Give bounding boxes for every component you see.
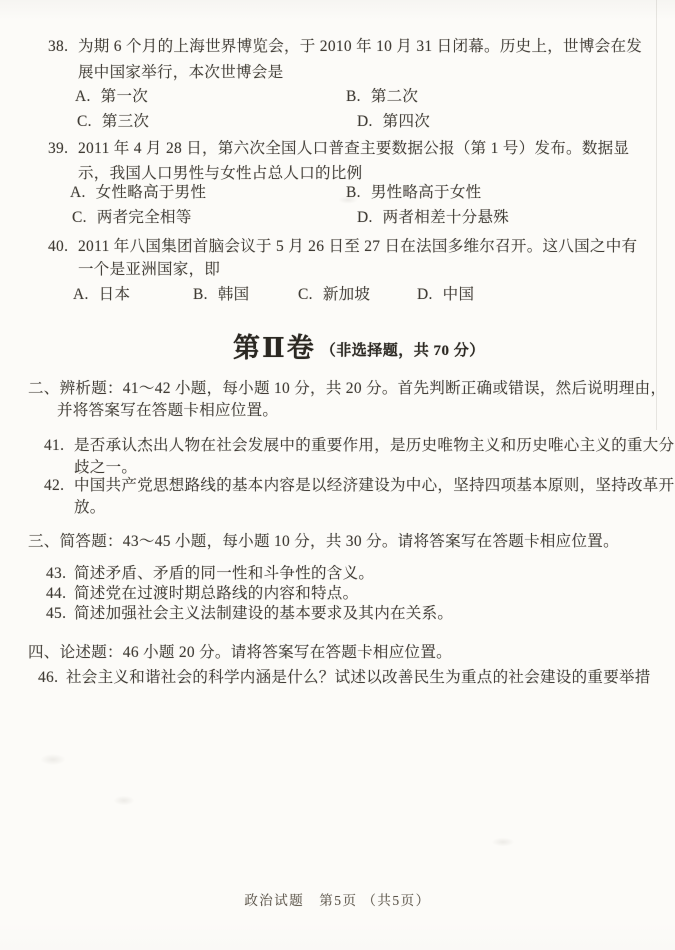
option-label: A. xyxy=(70,184,86,201)
question-42-text-line-2: 放。 xyxy=(74,498,106,518)
scan-smudge xyxy=(110,794,138,807)
option-text: 日本 xyxy=(99,286,131,303)
scan-smudge xyxy=(335,195,361,205)
question-46-text: 社会主义和谐社会的科学内涵是什么？试述以改善民生为重点的社会建设的重要举措 xyxy=(66,668,651,688)
exam-paper-page: 38. 为期 6 个月的上海世界博览会，于 2010 年 10 月 31 日闭幕… xyxy=(0,0,675,950)
question-40-option-b: B.韩国 xyxy=(193,285,249,305)
question-46-number: 46. xyxy=(38,668,58,688)
part-two-header: 第Ⅱ卷（非选择题，共 70 分） xyxy=(233,326,485,365)
question-39-option-c: C.两者完全相等 xyxy=(72,208,192,228)
question-40-option-c: C.新加坡 xyxy=(298,285,370,305)
question-39-option-b: B.男性略高于女性 xyxy=(346,183,481,203)
option-text: 中国 xyxy=(443,286,475,303)
option-text: 第四次 xyxy=(383,113,430,130)
question-41-number: 41. xyxy=(44,436,64,456)
option-text: 第二次 xyxy=(371,88,418,105)
section-jianda-heading: 三、简答题：43～45 小题，每小题 10 分，共 30 分。请将答案写在答题卡… xyxy=(28,532,619,552)
question-38-option-c: C.第三次 xyxy=(77,112,149,132)
option-text: 男性略高于女性 xyxy=(371,184,482,201)
scan-smudge xyxy=(488,836,518,848)
section-bianxi-heading-line-1: 二、辨析题：41～42 小题，每小题 10 分，共 20 分。首先判断正确或错误… xyxy=(28,379,666,399)
option-label: C. xyxy=(72,209,87,226)
option-label: B. xyxy=(193,286,208,303)
option-label: D. xyxy=(357,209,373,226)
question-38-number: 38. xyxy=(48,37,68,57)
option-text: 韩国 xyxy=(218,286,250,303)
option-label: B. xyxy=(346,88,361,105)
question-39-option-a: A.女性略高于男性 xyxy=(70,183,206,203)
part-two-note: （非选择题，共 70 分） xyxy=(321,343,485,359)
question-38-option-b: B.第二次 xyxy=(346,87,418,107)
section-lunshu-heading: 四、论述题：46 小题 20 分。请将答案写在答题卡相应位置。 xyxy=(28,643,452,663)
question-45-text: 简述加强社会主义法制建设的基本要求及其内在关系。 xyxy=(74,604,453,624)
option-text: 第一次 xyxy=(101,88,148,105)
question-38-option-d: D.第四次 xyxy=(357,112,430,132)
question-43-text: 简述矛盾、矛盾的同一性和斗争性的含义。 xyxy=(74,564,374,584)
question-42-text-line-1: 中国共产党思想路线的基本内容是以经济建设为中心，坚持四项基本原则，坚持改革开 xyxy=(74,476,674,496)
scan-edge-line xyxy=(656,0,657,430)
part-two-title: 第Ⅱ卷 xyxy=(233,333,316,363)
question-43-number: 43. xyxy=(46,564,66,584)
option-label: C. xyxy=(298,286,313,303)
question-41-text-line-1: 是否承认杰出人物在社会发展中的重要作用，是历史唯物主义和历史唯心主义的重大分 xyxy=(74,436,674,456)
option-text: 女性略高于男性 xyxy=(96,184,207,201)
question-41-text-line-2: 歧之一。 xyxy=(74,458,137,478)
question-39-option-d: D.两者相差十分悬殊 xyxy=(357,208,509,228)
option-label: C. xyxy=(77,113,92,130)
section-bianxi-heading-line-2: 并将答案写在答题卡相应位置。 xyxy=(57,401,278,421)
question-45-number: 45. xyxy=(46,604,66,624)
question-38-text-line-2: 展中国家举行，本次世博会是 xyxy=(78,63,283,83)
option-label: A. xyxy=(75,88,91,105)
question-40-option-d: D.中国 xyxy=(417,285,474,305)
question-42-number: 42. xyxy=(44,476,64,496)
question-40-option-a: A.日本 xyxy=(73,285,130,305)
question-38-text-line-1: 为期 6 个月的上海世界博览会，于 2010 年 10 月 31 日闭幕。历史上… xyxy=(78,37,642,57)
scan-smudge xyxy=(36,752,70,767)
question-39-text-line-2: 示，我国人口男性与女性占总人口的比例 xyxy=(78,164,362,184)
question-44-number: 44. xyxy=(46,584,66,604)
question-40-text-line-2: 一个是亚洲国家，即 xyxy=(78,260,220,280)
option-text: 新加坡 xyxy=(323,286,370,303)
option-label: A. xyxy=(73,286,89,303)
option-text: 第三次 xyxy=(102,113,149,130)
question-40-number: 40. xyxy=(48,237,68,257)
question-40-text-line-1: 2011 年八国集团首脑会议于 5 月 26 日至 27 日在法国多维尔召开。这… xyxy=(78,237,637,257)
question-38-option-a: A.第一次 xyxy=(75,87,148,107)
option-label: D. xyxy=(417,286,433,303)
question-39-number: 39. xyxy=(48,139,68,159)
question-44-text: 简述党在过渡时期总路线的内容和特点。 xyxy=(74,584,358,604)
option-label: D. xyxy=(357,113,373,130)
option-text: 两者完全相等 xyxy=(97,209,192,226)
option-text: 两者相差十分悬殊 xyxy=(383,209,509,226)
question-39-text-line-1: 2011 年 4 月 28 日，第六次全国人口普查主要数据公报（第 1 号）发布… xyxy=(78,139,629,159)
page-footer: 政治试题 第5页 （共5页） xyxy=(0,889,675,909)
